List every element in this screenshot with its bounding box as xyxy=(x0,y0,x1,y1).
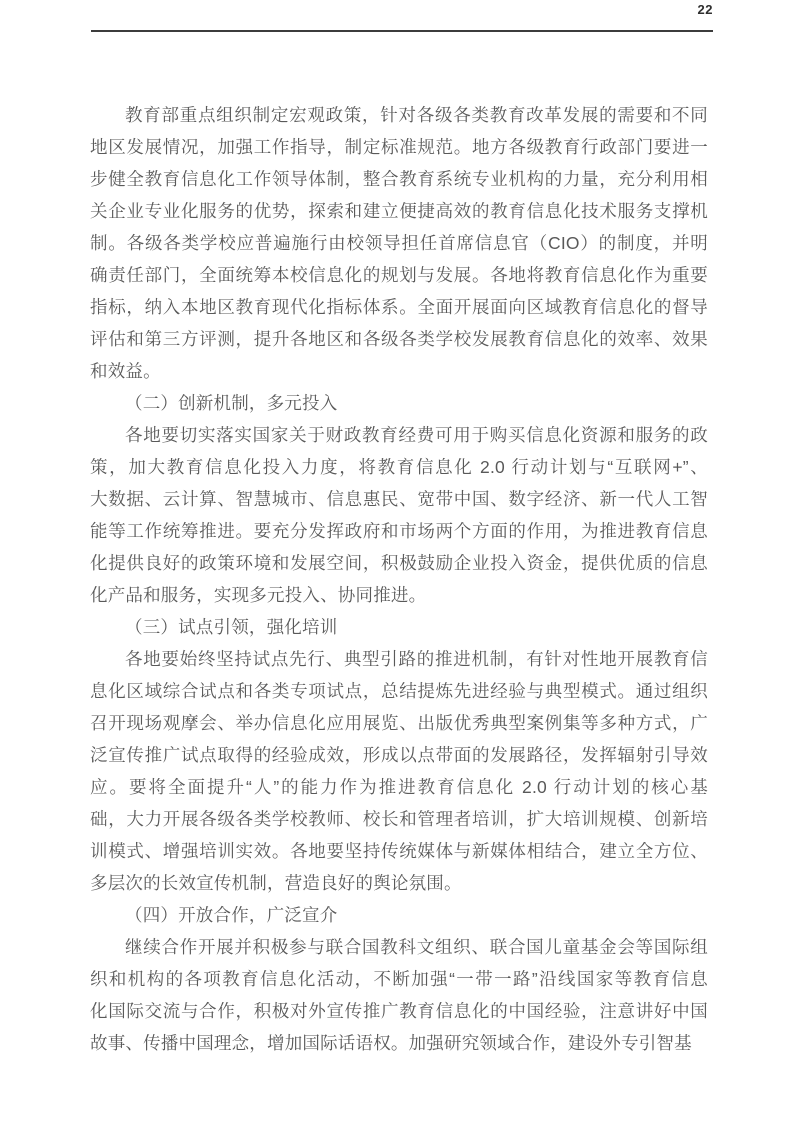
text-line: （四）开放合作，广泛宣介 xyxy=(90,899,708,931)
page-number: 22 xyxy=(698,2,713,17)
text-line: 化国际交流与合作，积极对外宣传推广教育信息化的中国经验，注意讲好中国 xyxy=(90,995,708,1027)
text-line: 关企业专业化服务的优势，探索和建立便捷高效的教育信息化技术服务支撑机 xyxy=(90,195,708,227)
text-line: 召开现场观摩会、举办信息化应用展览、出版优秀典型案例集等多种方式，广 xyxy=(90,707,708,739)
text-line: 息化区域综合试点和各类专项试点，总结提炼先进经验与典型模式。通过组织 xyxy=(90,675,708,707)
text-line: 步健全教育信息化工作领导体制，整合教育系统专业机构的力量，充分利用相 xyxy=(90,163,708,195)
text-line: 织和机构的各项教育信息化活动，不断加强“一带一路”沿线国家等教育信息 xyxy=(90,963,708,995)
text-line: 策，加大教育信息化投入力度，将教育信息化 2.0 行动计划与“互联网+”、 xyxy=(90,451,708,483)
text-line: 指标，纳入本地区教育现代化指标体系。全面开展面向区域教育信息化的督导 xyxy=(90,291,708,323)
text-line: （二）创新机制，多元投入 xyxy=(90,387,708,419)
text-line: 故事、传播中国理念，增加国际话语权。加强研究领域合作，建设外专引智基 xyxy=(90,1027,708,1059)
document-body: 教育部重点组织制定宏观政策，针对各级各类教育改革发展的需要和不同地区发展情况，加… xyxy=(90,99,708,1059)
body-paragraph: 各地要始终坚持试点先行、典型引路的推进机制，有针对性地开展教育信息化区域综合试点… xyxy=(90,643,708,899)
text-line: 训模式、增强培训实效。各地要坚持传统媒体与新媒体相结合，建立全方位、 xyxy=(90,835,708,867)
section-heading: （二）创新机制，多元投入 xyxy=(90,387,708,419)
body-paragraph: 继续合作开展并积极参与联合国教科文组织、联合国儿童基金会等国际组织和机构的各项教… xyxy=(90,931,708,1059)
text-line: 各地要始终坚持试点先行、典型引路的推进机制，有针对性地开展教育信 xyxy=(90,643,708,675)
body-paragraph: 各地要切实落实国家关于财政教育经费可用于购买信息化资源和服务的政策，加大教育信息… xyxy=(90,419,708,611)
text-line: 大数据、云计算、智慧城市、信息惠民、宽带中国、数字经济、新一代人工智 xyxy=(90,483,708,515)
section-heading: （三）试点引领，强化培训 xyxy=(90,611,708,643)
body-paragraph: 教育部重点组织制定宏观政策，针对各级各类教育改革发展的需要和不同地区发展情况，加… xyxy=(90,99,708,387)
text-line: 继续合作开展并积极参与联合国教科文组织、联合国儿童基金会等国际组 xyxy=(90,931,708,963)
text-line: 和效益。 xyxy=(90,355,708,387)
text-line: 化产品和服务，实现多元投入、协同推进。 xyxy=(90,579,708,611)
text-line: 教育部重点组织制定宏观政策，针对各级各类教育改革发展的需要和不同 xyxy=(90,99,708,131)
text-line: 地区发展情况，加强工作指导，制定标准规范。地方各级教育行政部门要进一 xyxy=(90,131,708,163)
text-line: 泛宣传推广试点取得的经验成效，形成以点带面的发展路径，发挥辐射引导效 xyxy=(90,739,708,771)
section-heading: （四）开放合作，广泛宣介 xyxy=(90,899,708,931)
text-line: （三）试点引领，强化培训 xyxy=(90,611,708,643)
text-line: 础，大力开展各级各类学校教师、校长和管理者培训，扩大培训规模、创新培 xyxy=(90,803,708,835)
text-line: 确责任部门，全面统筹本校信息化的规划与发展。各地将教育信息化作为重要 xyxy=(90,259,708,291)
text-line: 化提供良好的政策环境和发展空间，积极鼓励企业投入资金，提供优质的信息 xyxy=(90,547,708,579)
document-page: 22 教育部重点组织制定宏观政策，针对各级各类教育改革发展的需要和不同地区发展情… xyxy=(0,0,793,1122)
text-line: 评估和第三方评测，提升各地区和各级各类学校发展教育信息化的效率、效果 xyxy=(90,323,708,355)
text-line: 应。要将全面提升“人”的能力作为推进教育信息化 2.0 行动计划的核心基 xyxy=(90,771,708,803)
text-line: 多层次的长效宣传机制，营造良好的舆论氛围。 xyxy=(90,867,708,899)
text-line: 能等工作统筹推进。要充分发挥政府和市场两个方面的作用，为推进教育信息 xyxy=(90,515,708,547)
text-line: 各地要切实落实国家关于财政教育经费可用于购买信息化资源和服务的政 xyxy=(90,419,708,451)
text-line: 制。各级各类学校应普遍施行由校领导担任首席信息官（CIO）的制度，并明 xyxy=(90,227,708,259)
header-rule xyxy=(91,30,713,32)
